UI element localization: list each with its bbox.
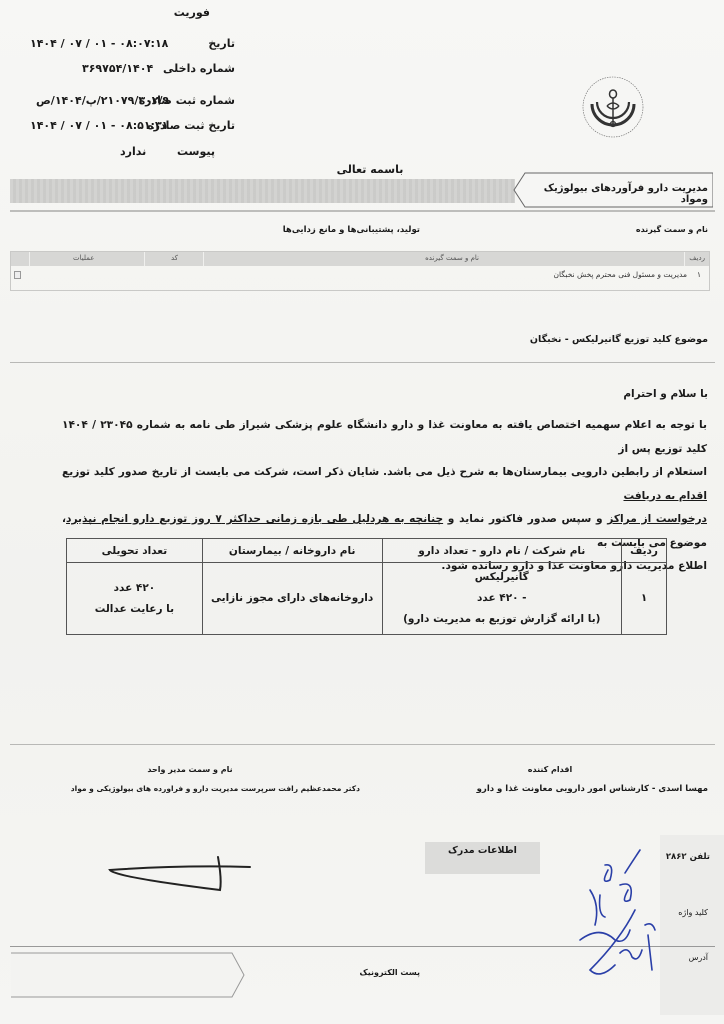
email-label: پست الکترونیک (330, 968, 420, 977)
row-index: ۱ (622, 563, 667, 635)
distribution-table-header: ردیف نام شرکت / نام دارو - تعداد دارو نا… (67, 539, 667, 563)
meta-internal-number-value: ۳۶۹۷۵۴/۱۴۰۴ (82, 62, 153, 75)
col-company-drug-qty: نام شرکت / نام دارو - تعداد دارو (382, 539, 622, 563)
letter-page: فوریت تاریخ ۱۴۰۴ / ۰۷ / ۰۱ - ۰۸:۰۷:۱۸ شم… (0, 0, 724, 1024)
meta-outgoing-number-value: ۲۱۰۷۹/۳۰۲/۹/پ/۱۴۰۴/ص (36, 94, 169, 107)
recipient-row-index: ۱ (697, 270, 701, 279)
handwritten-note (560, 845, 670, 985)
documents-info-box: اطلاعات مدرک (425, 842, 540, 874)
subject-line: موضوع کلید توزیع گانیرلیکس - نخبگان (420, 334, 708, 345)
pharmacy-cell: داروخانه‌های دارای مجوز نازایی (202, 563, 382, 635)
urgency-label: فوریت (150, 6, 210, 19)
col-code: کد (171, 254, 178, 262)
body-line-3-text: و سپس صدور فاکتور نماید و (443, 513, 607, 525)
drug-name: گانیرلیکس (383, 567, 622, 588)
col-delivered-qty: تعداد تحویلی (67, 539, 203, 563)
distribution-table: ردیف نام شرکت / نام دارو - تعداد دارو نا… (66, 538, 667, 635)
body-line-1: با توجه به اعلام سهمیه اختصاص یافته به م… (62, 414, 707, 461)
body-line-3-underlined-1: درخواست از مراکز (607, 513, 707, 525)
banner-bar (10, 179, 515, 203)
phone-label: تلفن (690, 852, 710, 862)
col-index: ردیف (689, 254, 705, 262)
delivered-quantity: ۴۲۰ عدد (67, 578, 202, 599)
drug-quantity: - ۴۲۰ عدد (383, 588, 622, 609)
banner-divider (10, 210, 715, 212)
meta-date-value: ۱۴۰۴ / ۰۷ / ۰۱ - ۰۸:۰۷:۱۸ (30, 37, 168, 50)
col-actions: عملیات (73, 254, 94, 262)
col-pharmacy-hospital: نام داروخانه / بیمارستان (202, 539, 382, 563)
col-row-index: ردیف (622, 539, 667, 563)
salutation-top: باسمه تعالی (330, 163, 410, 176)
table-row: ۱ گانیرلیکس - ۴۲۰ عدد (با ارائه گزارش تو… (67, 563, 667, 635)
department-title: مدیریت دارو فرآوردهای بیولوژیک ومواد (522, 183, 708, 205)
meta-outgoing-date-value: ۱۴۰۴ / ۰۷ / ۰۱ - ۰۸:۵۱:۳۱ (30, 119, 168, 132)
manager-signature (100, 855, 260, 905)
meta-attachment: پیوست ندارد (20, 145, 215, 161)
body-line-3-underlined-2: چنانچه به هردلیل طی بازه زمانی حداکثر ۷ … (66, 513, 443, 525)
drug-note: (با ارائه گزارش توزیع به مدیریت دارو) (383, 609, 622, 630)
meta-attachment-value: ندارد (120, 145, 146, 158)
actor-name: مهسا اسدی - کارشناس امور دارویی معاونت غ… (440, 784, 708, 794)
email-tag-shape (10, 952, 245, 998)
meta-attachment-label: پیوست (177, 145, 215, 158)
actor-label: اقدام کننده (500, 765, 600, 774)
meta-date-label: تاریخ (208, 37, 235, 50)
meta-outgoing-number: شماره ثبت صادره ۲۱۰۷۹/۳۰۲/۹/پ/۱۴۰۴/ص (20, 94, 235, 110)
meta-outgoing-date: تاریخ ثبت صادره ۱۴۰۴ / ۰۷ / ۰۱ - ۰۸:۵۱:۳… (20, 119, 235, 135)
manager-name: دکتر محمدعظیم رافت سرپرست مدیریت دارو و … (60, 784, 360, 793)
recipient-table-header: ردیف نام و سمت گیرنده کد عملیات (11, 252, 709, 266)
subject-divider (10, 362, 715, 363)
body-line-2-text: استعلام از رابطین دارویی بیمارستان‌ها به… (62, 466, 707, 478)
recipient-table: ردیف نام و سمت گیرنده کد عملیات ۱ مدیریت… (10, 251, 710, 291)
university-emblem-icon (578, 72, 648, 142)
signature-divider (10, 744, 715, 745)
recipient-row: ۱ مدیریت و مسئول فنی محترم پخش نخبگان (11, 268, 709, 284)
document-icon[interactable] (14, 271, 21, 279)
recipient-group: تولید، پشتیبانی‌ها و مانع زدایی‌ها (240, 225, 420, 235)
meta-date: تاریخ ۱۴۰۴ / ۰۷ / ۰۱ - ۰۸:۰۷:۱۸ (20, 37, 235, 53)
drug-cell: گانیرلیکس - ۴۲۰ عدد (با ارائه گزارش توزی… (382, 563, 622, 635)
recipient-row-name: مدیریت و مسئول فنی محترم پخش نخبگان (554, 270, 687, 279)
greeting: با سلام و احترام (560, 388, 708, 400)
delivered-cell: ۴۲۰ عدد با رعایت عدالت (67, 563, 203, 635)
manager-label: نام و سمت مدیر واحد (130, 765, 250, 774)
recipient-label: نام و سمت گیرنده (600, 225, 708, 234)
meta-internal-number-label: شماره داخلی (163, 62, 235, 75)
delivered-note: با رعایت عدالت (67, 599, 202, 620)
body-line-2-underlined: اقدام به دریافت (623, 490, 707, 502)
meta-internal-number: شماره داخلی ۳۶۹۷۵۴/۱۴۰۴ (20, 62, 235, 78)
col-recipient-name: نام و سمت گیرنده (425, 254, 479, 262)
body-line-2: استعلام از رابطین دارویی بیمارستان‌ها به… (62, 461, 707, 508)
